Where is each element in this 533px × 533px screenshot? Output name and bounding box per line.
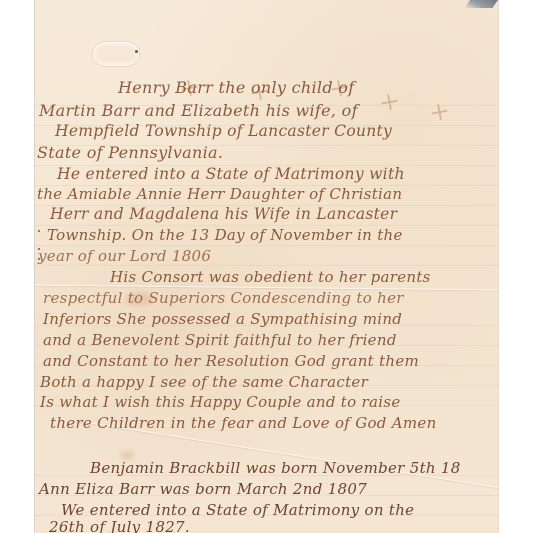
text-line: 26th of July 1827. [49,518,190,533]
text-line: Is what I wish this Happy Couple and to … [40,393,401,411]
text-line: and Constant to her Resolution God grant… [43,352,419,370]
text-line: Inferiors She possessed a Sympathising m… [43,310,402,328]
text-line: year of our Lord 1806 [38,247,211,265]
embossed-seal-icon [93,42,139,66]
text-line: Township. On the 13 Day of November in t… [47,226,403,244]
text-line: Martin Barr and Elizabeth his wife, of [39,101,358,120]
text-line: the Amiable Annie Herr Daughter of Chris… [37,185,402,203]
text-line: and a Benevolent Spirit faithful to her … [43,331,397,349]
ink-spot [135,50,138,53]
ruled-line [35,265,498,266]
bleed-through-flourish: × [374,87,403,118]
text-line: Hempfield Township of Lancaster County [55,122,392,140]
text-line: there Children in the fear and Love of G… [50,414,437,432]
bleed-through-flourish: × [424,97,453,128]
page-corner-shadow [464,0,498,8]
text-line: Henry Barr the only child of [118,78,354,97]
text-line: Both a happy I see of the same Character [40,373,368,391]
text-line: Ann Eliza Barr was born March 2nd 1807 [39,480,367,498]
text-line: respectful to Superiors Condescending to… [43,289,404,307]
text-line: He entered into a State of Matrimony wit… [57,165,405,183]
document-page: × × × × × Henry Barr the only child of M… [35,0,498,533]
text-line: His Consort was obedient to her parents [110,268,431,286]
text-line: Herr and Magdalena his Wife in Lancaster [50,205,397,223]
text-line: State of Pennsylvania. [37,143,223,162]
margin-mark [38,230,40,232]
text-line: Benjamin Brackbill was born November 5th… [90,459,461,477]
ruled-line [35,245,498,246]
text-line: We entered into a State of Matrimony on … [61,501,414,519]
